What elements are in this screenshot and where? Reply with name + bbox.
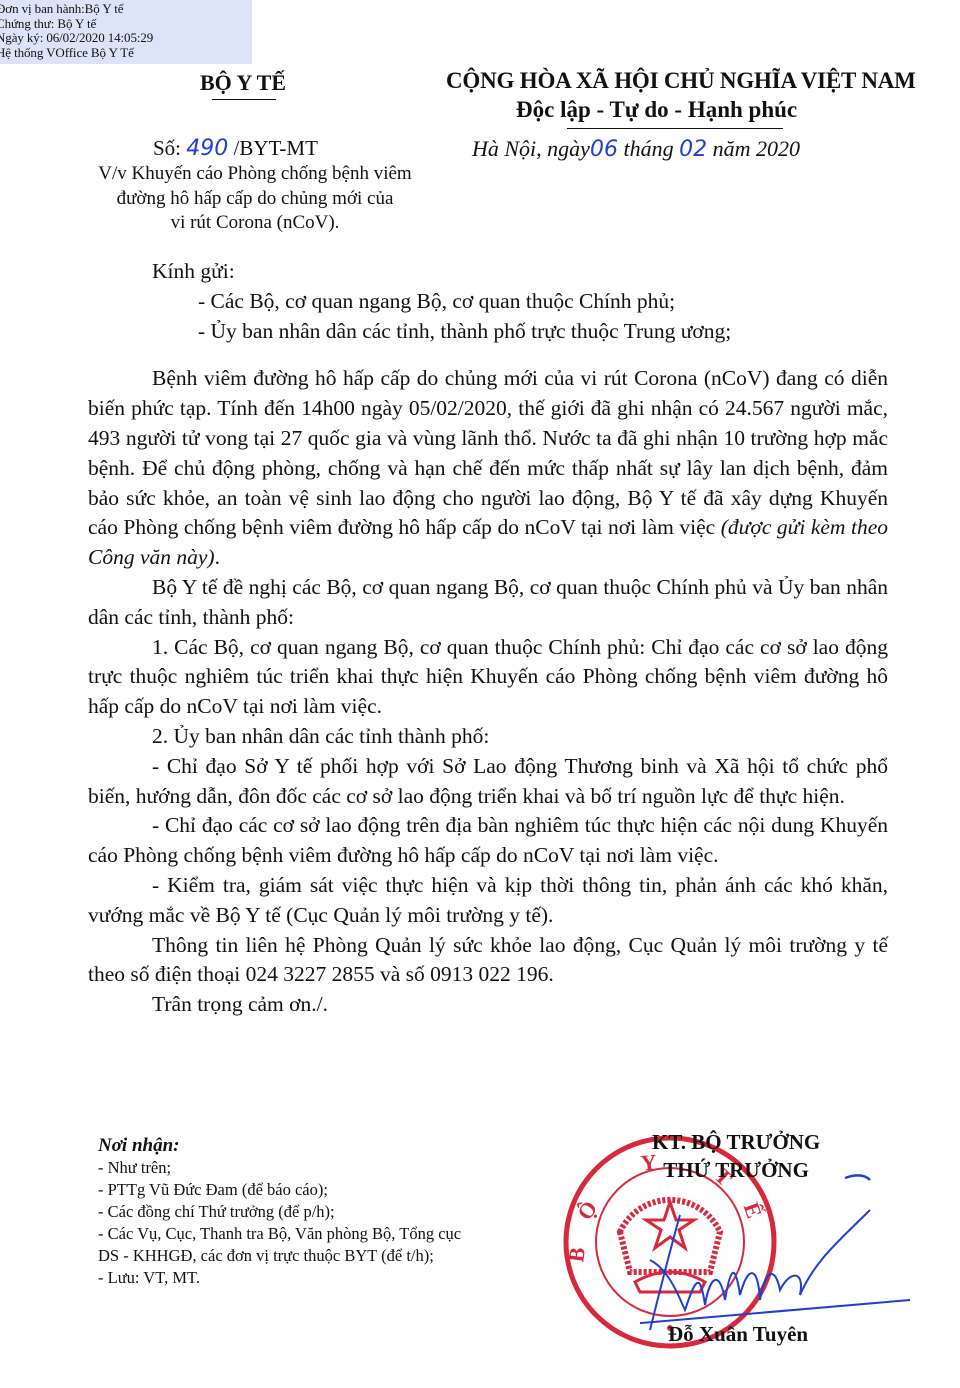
- issue-date: Hà Nội, ngày06 tháng 02 năm 2020: [472, 136, 800, 162]
- recipient-item: - PTTg Vũ Đức Đam (để báo cáo);: [98, 1179, 461, 1201]
- signature-system: Hệ thống VOffice Bộ Y Tế: [0, 46, 252, 61]
- document-subject: V/v Khuyến cáo Phòng chống bệnh viêm đườ…: [60, 162, 450, 236]
- signature-date: Ngày ký: 06/02/2020 14:05:29: [0, 31, 252, 46]
- recipients-list: Nơi nhận: - Như trên; - PTTg Vũ Đức Đam …: [98, 1135, 461, 1289]
- spacer: [88, 346, 888, 364]
- signature-issuer: Đơn vị ban hành:Bộ Y tế: [0, 2, 252, 17]
- digital-signature-box: Đơn vị ban hành:Bộ Y tế Chứng thư: Bộ Y …: [0, 0, 252, 64]
- recipient-item: - Các đồng chí Thứ trưởng (để p/h);: [98, 1201, 461, 1223]
- date-month-label: tháng: [623, 136, 673, 161]
- paragraph-situation: Bệnh viêm đường hô hấp cấp do chủng mới …: [88, 364, 888, 573]
- national-motto: Độc lập - Tự do - Hạnh phúc: [516, 97, 797, 123]
- signer-name: Đỗ Xuân Tuyên: [668, 1322, 808, 1347]
- document-number: Số: 490 /BYT-MT: [153, 136, 318, 161]
- addressee: - Ủy ban nhân dân các tỉnh, thành phố tr…: [88, 317, 888, 347]
- date-year: năm 2020: [713, 136, 800, 161]
- signature-certificate: Chứng thư: Bộ Y tế: [0, 17, 252, 32]
- subject-line: đường hô hấp cấp do chủng mới của: [60, 187, 450, 212]
- addressee: - Các Bộ, cơ quan ngang Bộ, cơ quan thuộ…: [88, 287, 888, 317]
- date-day-handwritten: 06: [590, 137, 618, 162]
- recipient-item: - Lưu: VT, MT.: [98, 1267, 461, 1289]
- request-item-2: 2. Ủy ban nhân dân các tỉnh thành phố:: [88, 722, 888, 752]
- contact-info: Thông tin liên hệ Phòng Quản lý sức khỏe…: [88, 931, 888, 991]
- paragraph-request: Bộ Y tế đề nghị các Bộ, cơ quan ngang Bộ…: [88, 573, 888, 633]
- subject-line: V/v Khuyến cáo Phòng chống bệnh viêm: [60, 162, 450, 187]
- document-body: Kính gửi: - Các Bộ, cơ quan ngang Bộ, cơ…: [88, 257, 888, 1020]
- request-item-2a: - Chỉ đạo Sở Y tế phối hợp với Sở Lao độ…: [88, 752, 888, 812]
- date-month-handwritten: 02: [679, 137, 707, 162]
- request-item-1: 1. Các Bộ, cơ quan ngang Bộ, cơ quan thu…: [88, 633, 888, 722]
- issuing-agency: BỘ Y TẾ: [200, 70, 286, 96]
- date-place: Hà Nội, ngày: [472, 136, 590, 161]
- subject-line: vi rút Corona (nCoV).: [60, 211, 450, 236]
- doc-number-handwritten: 490: [186, 136, 228, 161]
- recipient-item: DS - KHHGĐ, các đơn vị trực thuộc BYT (đ…: [98, 1245, 461, 1267]
- recipient-item: - Như trên;: [98, 1157, 461, 1179]
- recipient-item: - Các Vụ, Cục, Thanh tra Bộ, Văn phòng B…: [98, 1223, 461, 1245]
- signer-title-line1: KT. BỘ TRƯỞNG: [652, 1128, 820, 1156]
- request-item-2b: - Chỉ đạo các cơ sở lao động trên địa bà…: [88, 811, 888, 871]
- doc-number-suffix: /BYT-MT: [234, 136, 318, 160]
- doc-number-label: Số:: [153, 136, 181, 160]
- national-title: CỘNG HÒA XÃ HỘI CHỦ NGHĨA VIỆT NAM: [446, 68, 916, 94]
- agency-underline: [212, 99, 276, 100]
- closing: Trân trọng cảm ơn./.: [88, 990, 888, 1020]
- salutation-label: Kính gửi:: [88, 257, 888, 287]
- recipients-heading: Nơi nhận:: [98, 1135, 461, 1157]
- request-item-2c: - Kiểm tra, giám sát việc thực hiện và k…: [88, 871, 888, 931]
- motto-underline: [567, 128, 783, 129]
